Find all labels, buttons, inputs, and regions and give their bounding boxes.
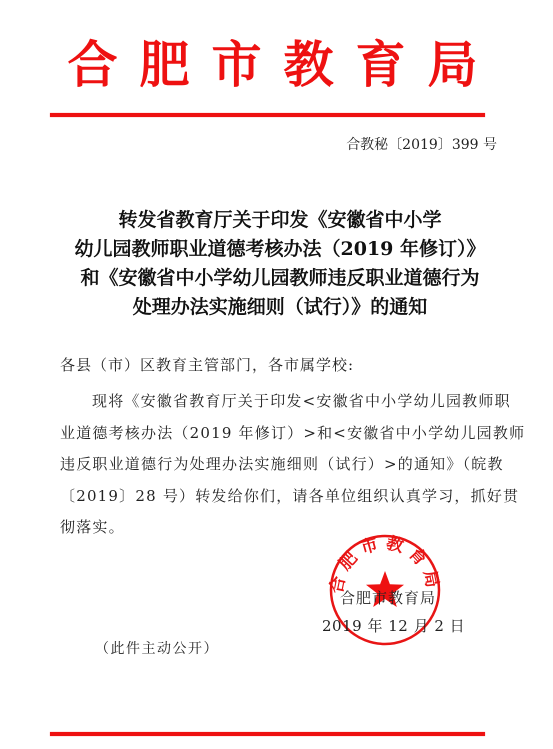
footer-red-rule: [50, 732, 485, 736]
title-line: 转发省教育厅关于印发《安徽省中小学: [50, 206, 510, 235]
body-line: 业道德考核办法（2019 年修订）>和<安徽省中小学幼儿园教师: [60, 418, 500, 450]
masthead-title: 合肥市教育局: [0, 30, 553, 100]
public-disclosure-note: （此件主动公开）: [95, 638, 219, 658]
title-line: 和《安徽省中小学幼儿园教师违反职业道德行为: [50, 264, 510, 293]
issue-date: 2019 年 12 月 2 日: [322, 615, 465, 636]
body-paragraph: 现将《安徽省教育厅关于印发<安徽省中小学幼儿园教师职 业道德考核办法（2019 …: [60, 386, 500, 544]
body-line: 现将《安徽省教育厅关于印发<安徽省中小学幼儿园教师职: [60, 386, 500, 418]
salutation: 各县（市）区教育主管部门，各市属学校:: [60, 355, 354, 375]
title-line: 处理办法实施细则（试行）》的通知: [50, 293, 510, 322]
document-title: 转发省教育厅关于印发《安徽省中小学 幼儿园教师职业道德考核办法（2019 年修订…: [50, 206, 510, 322]
header-red-rule: [50, 113, 485, 117]
body-line: 违反职业道德行为处理办法实施细则（试行）>的通知》（皖教: [60, 449, 500, 481]
body-line: 〔2019〕28 号）转发给你们，请各单位组织认真学习，抓好贯: [60, 481, 500, 513]
signature-organization: 合肥市教育局: [340, 587, 436, 608]
title-line: 幼儿园教师职业道德考核办法（2019 年修订）》: [50, 235, 510, 264]
document-number: 合教秘〔2019〕399 号: [346, 134, 497, 154]
